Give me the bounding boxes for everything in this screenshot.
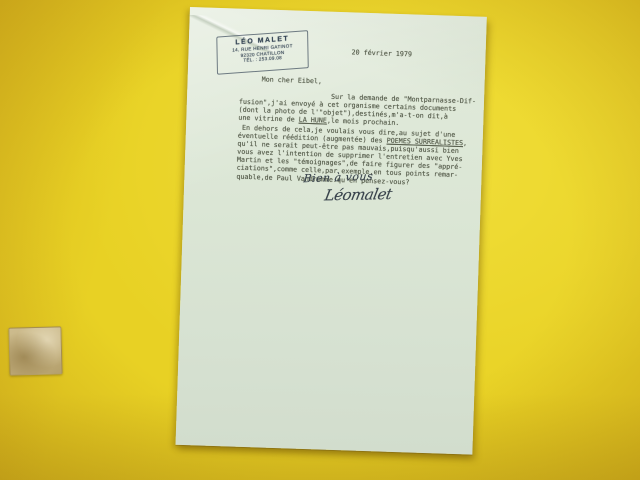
letter-line-text: une vitrine de	[238, 114, 299, 124]
letter-paper: LÉO MALET 14, RUE HENRI GATINOT 92320 CH…	[175, 7, 486, 455]
sender-address-stamp: LÉO MALET 14, RUE HENRI GATINOT 92320 CH…	[216, 30, 308, 75]
gallery-name-la-hune: LA HUNE	[299, 116, 327, 125]
paragraph-1: Sur la demande de "Montparnasse-Dif- fus…	[238, 89, 475, 129]
photo-background: LÉO MALET 14, RUE HENRI GATINOT 92320 CH…	[0, 0, 640, 480]
letter-line-text: ,	[463, 139, 467, 147]
letter-date: 20 février 1979	[351, 48, 412, 58]
salutation: Mon cher Eibel,	[240, 75, 476, 91]
worn-sticker	[8, 326, 62, 375]
letter-line-text: ,le mois prochain.	[327, 116, 400, 126]
handwritten-closing: Bien à vous	[303, 170, 374, 186]
handwritten-signature: Léomalet	[323, 185, 393, 204]
